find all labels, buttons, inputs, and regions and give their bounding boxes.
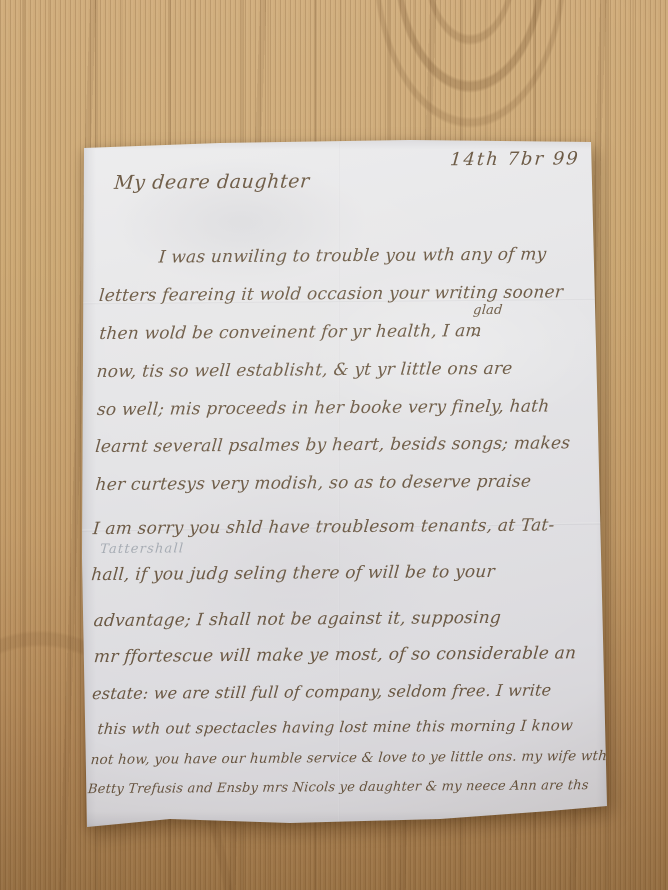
photograph-of-handwritten-letter: { "letter": { "date": "14th 7br 99", "sa… bbox=[0, 0, 668, 890]
photo-lighting-vignette bbox=[0, 0, 668, 890]
